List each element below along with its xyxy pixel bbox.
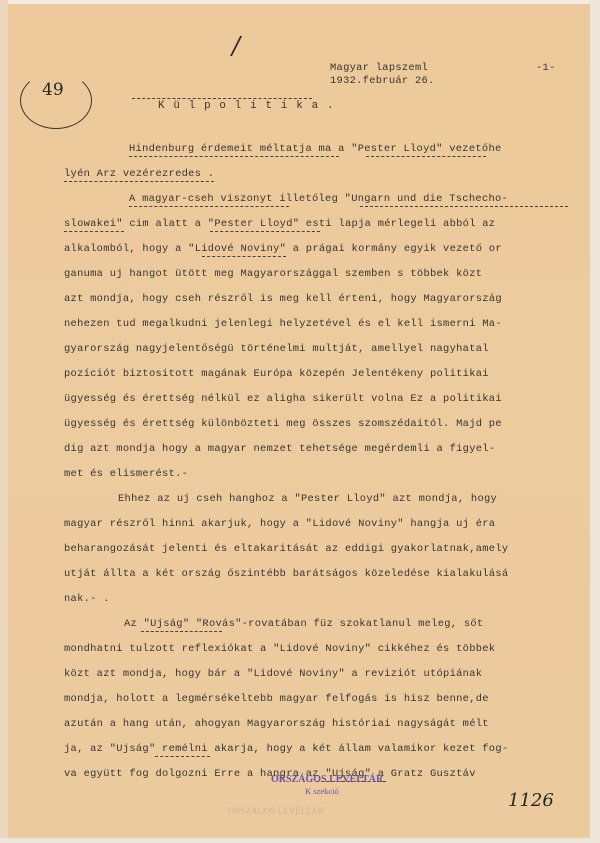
dashed-underline [64, 181, 214, 182]
typed-line: beharangozását jelenti és eltakaritását … [64, 543, 508, 555]
typed-line: dig azt mondja hogy a magyar nemzet tehe… [64, 443, 495, 455]
typed-line: alkalomból, hogy a "Lidové Noviny" a prá… [64, 243, 502, 255]
handwritten-slash-mark: / [232, 32, 240, 60]
typed-line: A magyar-cseh viszonyt illetőleg "Ungarn… [129, 193, 508, 205]
dashed-underline [132, 98, 312, 99]
scan-right-edge [590, 0, 600, 843]
typed-line: ganuma uj hangot ütött meg Magyarországg… [64, 268, 482, 280]
typed-line: Az "Ujság" "Rovás"-rovatában füz szokatl… [124, 618, 483, 630]
dashed-underline [129, 206, 289, 207]
typed-line: Hindenburg érdemeit méltatja ma a "Peste… [129, 143, 502, 155]
scan-bottom-edge [0, 838, 600, 843]
dashed-underline [210, 231, 320, 232]
typed-line: magyar részről hinni akarjuk, hogy a "Li… [64, 518, 495, 530]
circled-number: 49 [42, 80, 64, 100]
typed-line: pozíciót biztositott magának Európa köze… [64, 368, 489, 380]
dashed-underline [129, 156, 339, 157]
dashed-underline [360, 206, 568, 207]
typed-line: közt azt mondja, hogy bár a "Lidové Novi… [64, 668, 482, 680]
typed-line: Ehhez az uj cseh hanghoz a "Pester Lloyd… [118, 493, 497, 505]
archive-stamp-section: K szekció [305, 786, 339, 796]
faded-stamp-bleedthrough: ORSZÁGOS LEVÉLTÁR [228, 806, 323, 816]
typed-line: azt mondja, hogy cseh részről is meg kel… [64, 293, 502, 305]
typed-line: ja, az "Ujság" remélni akarja, hogy a ké… [64, 743, 508, 755]
dashed-underline [141, 631, 222, 632]
dashed-underline [155, 756, 210, 757]
folio-number: 1126 [508, 790, 554, 811]
typed-line: gyarország nagyjelentőségü történelmi mu… [64, 343, 489, 355]
page-number: -1- [536, 62, 556, 74]
archive-stamp-title: ORSZÁGOS LEVÉLTÁR [271, 774, 383, 785]
typed-line: utját állta a két ország őszintébb barát… [64, 568, 508, 580]
typed-line: met és elismerést.- [64, 468, 188, 480]
typed-line: lyén Arz vezérezredes . [64, 168, 214, 180]
typed-line: mondja, holott a legmérsékeltebb magyar … [64, 693, 489, 705]
publication-name: Magyar lapszeml [330, 62, 428, 74]
typed-line: va együtt fog dolgozni Erre a hangra az … [64, 768, 476, 780]
typed-line: slowakei" cim alatt a "Pester Lloyd" est… [64, 218, 495, 230]
dashed-underline [64, 231, 124, 232]
typed-line: ügyesség és érettség nélkül ez aligha si… [64, 393, 502, 405]
dashed-underline [202, 256, 286, 257]
section-title: K ü l p o l i t i k a . [158, 100, 335, 112]
typed-line: nak.- . [64, 593, 110, 605]
typed-line: azután a hang után, ahogyan Magyarország… [64, 718, 489, 730]
scan-left-edge [0, 0, 8, 843]
typed-line: ügyesség és érettség különbözteti meg ös… [64, 418, 502, 430]
dashed-underline [366, 156, 486, 157]
typed-line: mondhatni tulzott reflexiókat a "Lidové … [64, 643, 495, 655]
typed-line: nehezen tud megalkudni jelenlegi helyzet… [64, 318, 502, 330]
document-date: 1932.február 26. [330, 75, 435, 87]
